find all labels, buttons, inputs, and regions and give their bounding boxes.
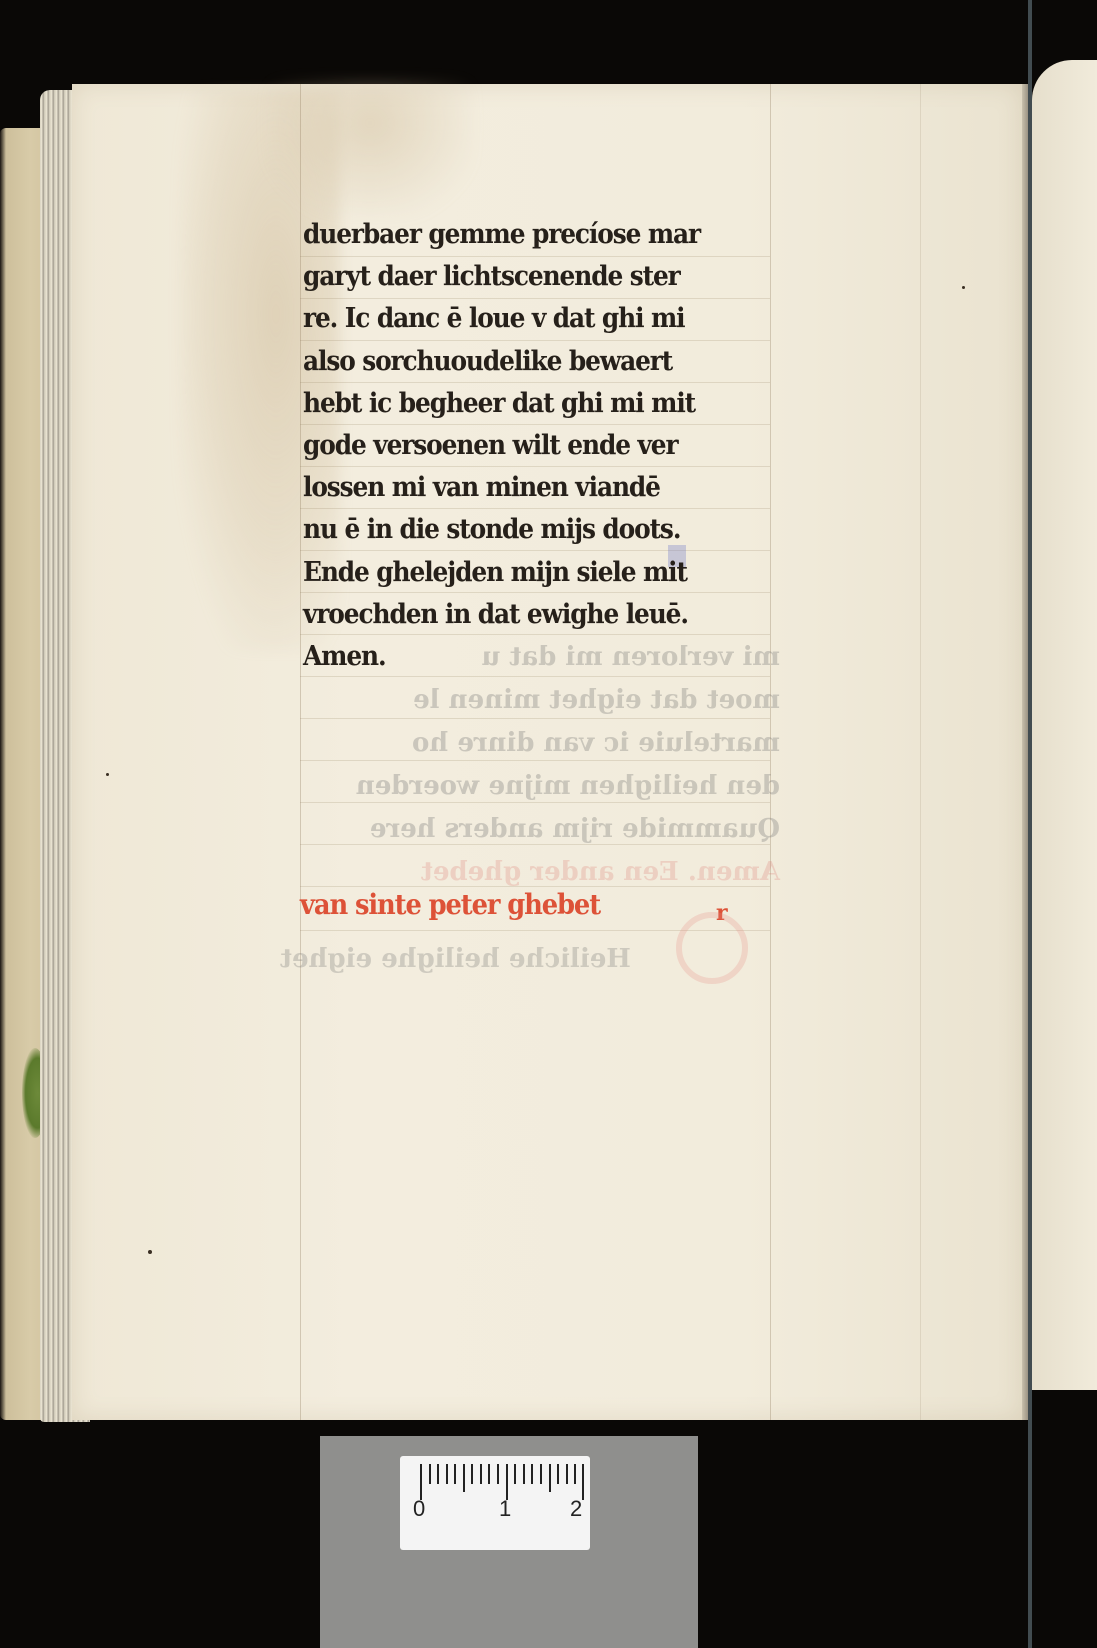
text-line: nu ē in die stonde mijs doots. xyxy=(303,509,763,551)
rubric-heading: van sinte peter ghebet xyxy=(300,888,600,921)
ruler-label-2: 2 xyxy=(570,1496,582,1522)
glass-plate-edge xyxy=(1028,0,1032,1648)
text-line: also sorchuoudelike bewaert xyxy=(303,341,763,383)
text-line-amen: Amen. xyxy=(303,636,763,678)
text-line: garyt daer lichtscenende ster xyxy=(303,256,763,298)
text-line: vroechden in dat ewighe leuē. xyxy=(303,594,763,636)
text-line: duerbaer gemme precíose mar xyxy=(303,214,763,256)
text-line: gode versoenen wilt ende ver xyxy=(303,425,763,467)
ink-speck xyxy=(148,1250,152,1254)
ruler-label-0: 0 xyxy=(413,1496,425,1522)
text-line: lossen mi van minen viandē xyxy=(303,467,763,509)
text-line: hebt ic begheer dat ghi mi mit xyxy=(303,383,763,425)
manuscript-text: duerbaer gemme precíose mar garyt daer l… xyxy=(303,214,803,678)
text-line: Ende ghelejden mijn siele mit xyxy=(303,552,763,594)
ink-speck xyxy=(962,286,965,289)
show-through-text-below: Heiliche heilighe eighet xyxy=(280,944,631,974)
ruling-line-outer xyxy=(920,84,921,1420)
text-line: re. Ic danc ē loue v dat ghi mi xyxy=(303,298,763,340)
ink-speck xyxy=(106,773,109,776)
show-through-initial xyxy=(676,912,748,984)
facing-page xyxy=(1032,60,1097,1390)
ruler-label-1: 1 xyxy=(499,1496,511,1522)
scale-ruler: 0 1 2 xyxy=(400,1456,590,1550)
